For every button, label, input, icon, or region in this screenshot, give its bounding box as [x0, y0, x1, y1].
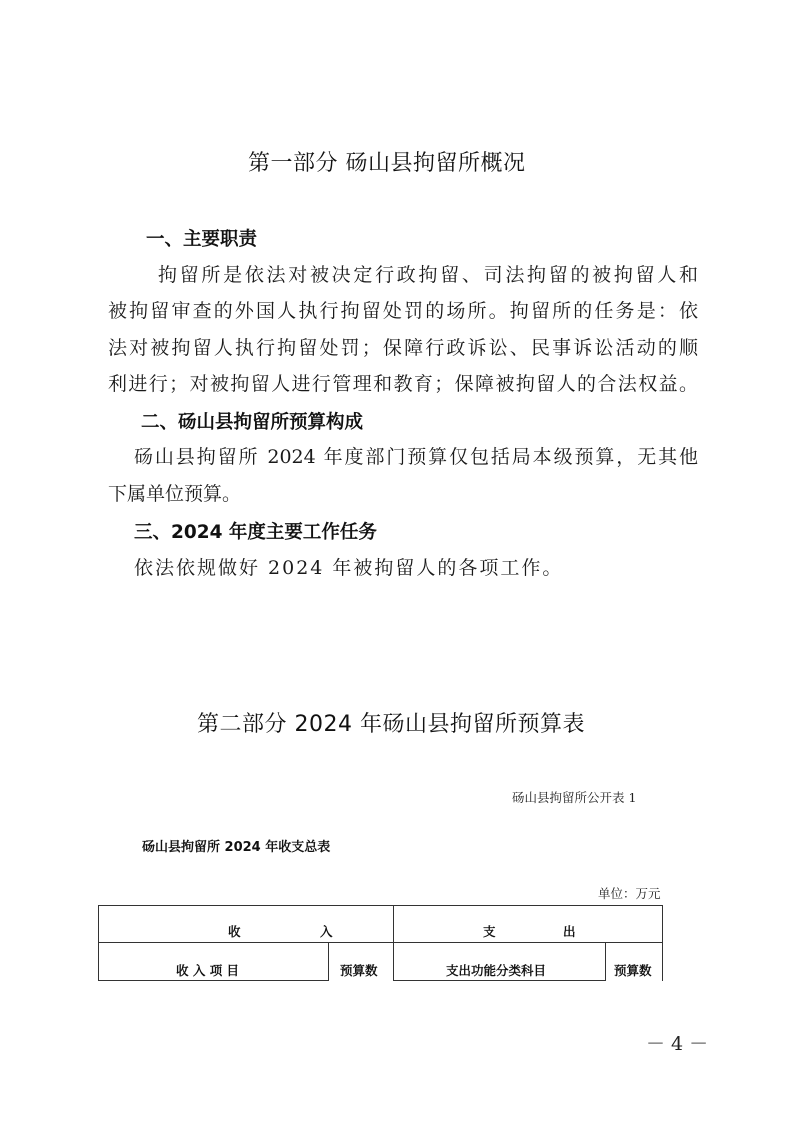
header-income-left: 收: [228, 922, 241, 940]
unit-label: 单位：万元: [598, 884, 661, 902]
section1-heading: 一、主要职责: [146, 225, 257, 251]
section1-paragraph: 拘留所是依法对被决定行政拘留、司法拘留的被拘留人和: [158, 260, 698, 287]
table-border: [98, 942, 663, 943]
header-income-right: 入: [320, 922, 333, 940]
paragraph-line: 下属单位预算。: [108, 479, 241, 506]
section1-paragraph: 被拘留审查的外国人执行拘留处罚的场所。拘留所的任务是：依: [108, 296, 698, 323]
table-border: [98, 905, 663, 906]
column-income-item: 收 入 项 目: [176, 961, 239, 979]
paragraph-line: 被拘留审查的外国人执行拘留处罚的场所。拘留所的任务是：依: [108, 296, 698, 323]
column-income-budget: 预算数: [340, 961, 378, 979]
table-border: [393, 905, 394, 981]
table-border: [98, 905, 99, 981]
header-expense-right: 出: [563, 922, 576, 940]
section2-heading: 二、砀山县拘留所预算构成: [141, 408, 363, 434]
table-border: [393, 980, 606, 981]
table-border: [605, 942, 606, 981]
paragraph-line: 依法依规做好 2024 年被拘留人的各项工作。: [134, 553, 563, 580]
section1-paragraph: 法对被拘留人执行拘留处罚；保障行政诉讼、民事诉讼活动的顺: [108, 333, 698, 360]
section1-paragraph: 利进行；对被拘留人进行管理和教育；保障被拘留人的合法权益。: [108, 369, 698, 396]
header-expense-left: 支: [483, 922, 496, 940]
column-expense-function-category: 支出功能分类科目: [446, 961, 546, 979]
table-border: [328, 942, 329, 981]
table-title: 砀山县拘留所 2024 年收支总表: [142, 836, 330, 855]
paragraph-line: 利进行；对被拘留人进行管理和教育；保障被拘留人的合法权益。: [108, 369, 698, 396]
column-expense-budget: 预算数: [614, 961, 652, 979]
paragraph-line: 拘留所是依法对被决定行政拘留、司法拘留的被拘留人和: [158, 260, 698, 287]
section3-heading: 三、2024 年度主要工作任务: [134, 518, 377, 544]
paragraph-line: 法对被拘留人执行拘留处罚；保障行政诉讼、民事诉讼活动的顺: [108, 333, 698, 360]
page-number: － 4 －: [646, 1029, 708, 1056]
paragraph-line: 砀山县拘留所 2024 年度部门预算仅包括局本级预算，无其他: [134, 442, 698, 469]
section2-paragraph: 砀山县拘留所 2024 年度部门预算仅包括局本级预算，无其他: [134, 442, 698, 469]
table-border: [662, 905, 663, 981]
table-border: [98, 980, 329, 981]
part1-title: 第一部分 砀山县拘留所概况: [248, 146, 526, 177]
table-reference: 砀山县拘留所公开表 1: [512, 788, 636, 806]
part2-title: 第二部分 2024 年砀山县拘留所预算表: [197, 707, 585, 738]
